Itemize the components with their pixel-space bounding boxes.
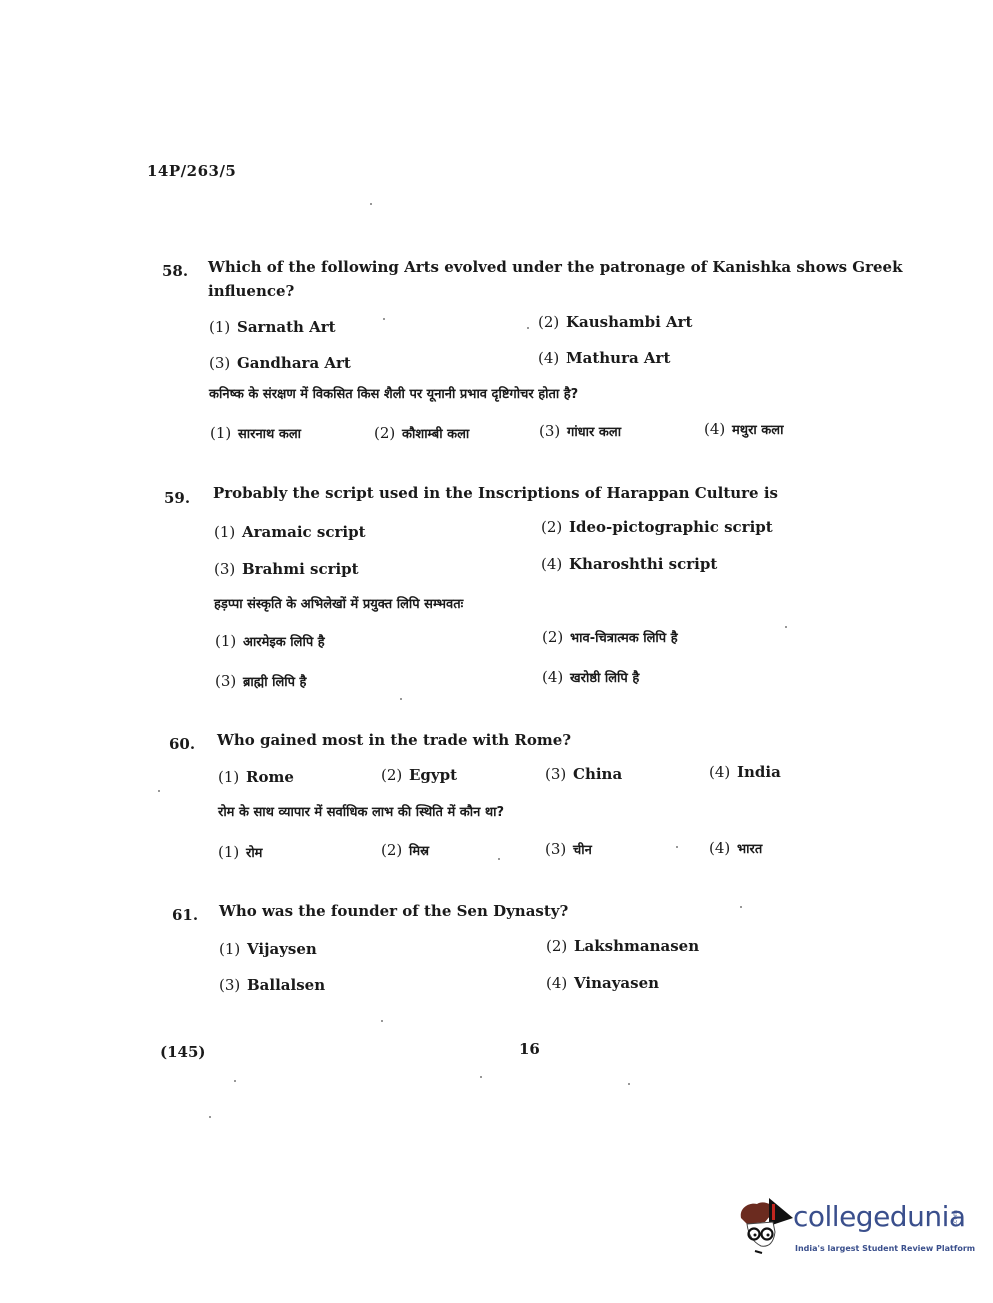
booklet-code: (145) [160,1043,206,1061]
option-en-1: (1)Sarnath Art [209,318,336,336]
option-en-2: (2)Lakshmanasen [546,937,699,955]
option-hi-2: (2)भाव-चित्रात्मक लिपि है [542,628,678,646]
option-en-2: (2)Kaushambi Art [538,313,692,331]
question-text-en: Probably the script used in the Inscript… [213,484,778,502]
brand-tagline: India's largest Student Review Platform [795,1244,975,1253]
option-en-3: (3)Brahmi script [214,560,359,578]
option-hi-3: (3)ब्राह्मी लिपि है [215,672,306,690]
option-hi-1: (1)सारनाथ कला [210,424,301,442]
option-hi-4: (4)मथुरा कला [704,420,783,438]
option-hi-2: (2)कौशाम्बी कला [374,424,469,442]
option-en-3: (3)Gandhara Art [209,354,351,372]
option-en-4: (4)Kharoshthi script [541,555,717,573]
option-en-1: (1)Rome [218,768,294,786]
question-text-en: Which of the following Arts evolved unde… [208,258,903,276]
option-en-1: (1)Aramaic script [214,523,366,541]
question-text-en: Who was the founder of the Sen Dynasty? [219,902,568,920]
option-hi-1: (1)रोम [218,843,262,861]
question-number: 58. [162,262,188,280]
collegedunia-logo: collegedunia .com India's largest Studen… [735,1196,965,1266]
option-en-3: (3)China [545,765,622,783]
question-text-en-cont: influence? [208,282,294,300]
option-en-1: (1)Vijaysen [219,940,317,958]
brand-suffix: .com [952,1210,959,1225]
paper-code: 14P/263/5 [147,162,236,180]
option-en-4: (4)India [709,763,781,781]
page-number: 16 [519,1040,540,1058]
option-en-3: (3)Ballalsen [219,976,325,994]
option-en-2: (2)Egypt [381,766,457,784]
question-number: 61. [172,906,198,924]
option-hi-2: (2)मिस्र [381,841,429,859]
brand-name: collegedunia [793,1200,966,1233]
option-hi-3: (3)चीन [545,840,592,858]
question-number: 60. [169,735,195,753]
option-en-4: (4)Vinayasen [546,974,659,992]
question-text-hi: कनिष्क के संरक्षण में विकसित किस शैली पर… [209,384,578,402]
option-en-2: (2)Ideo-pictographic script [541,518,773,536]
option-hi-4: (4)भारत [709,839,762,857]
option-hi-1: (1)आरमेइक लिपि है [215,632,325,650]
option-hi-3: (3)गांधार कला [539,422,621,440]
question-number: 59. [164,489,190,507]
question-text-hi: रोम के साथ व्यापार में सर्वाधिक लाभ की स… [218,802,504,820]
question-text-en: Who gained most in the trade with Rome? [217,731,571,749]
option-hi-4: (4)खरोष्ठी लिपि है [542,668,639,686]
question-text-hi: हड़प्पा संस्कृति के अभिलेखों में प्रयुक्… [214,594,463,612]
option-en-4: (4)Mathura Art [538,349,670,367]
mascot-icon [735,1196,795,1266]
